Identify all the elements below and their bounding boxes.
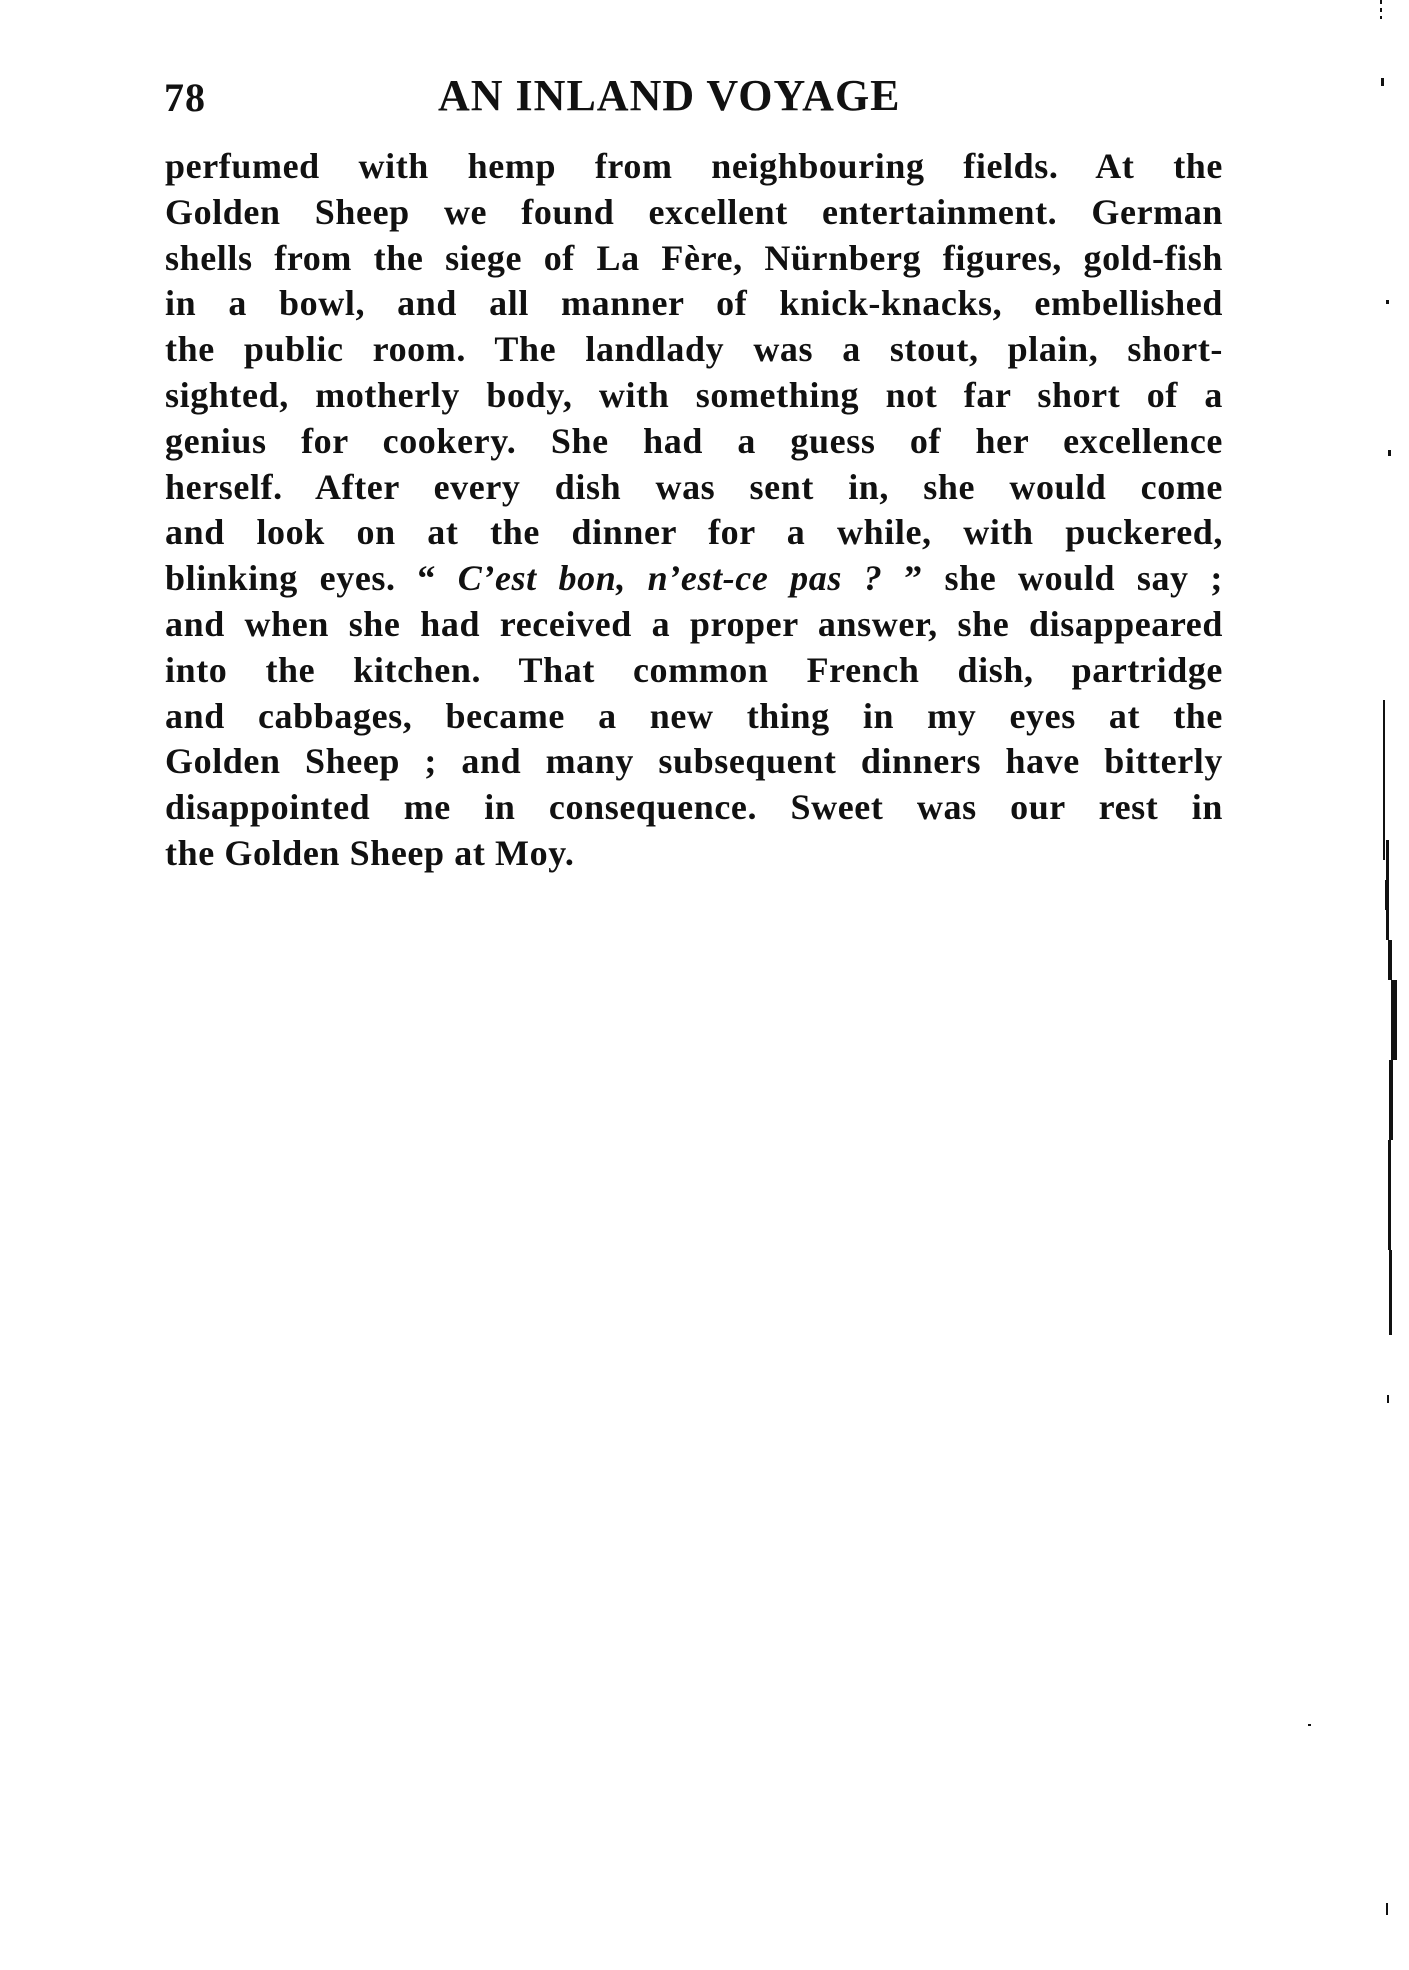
text-line-with-quote: blinking eyes. “ C’est bon, n’est-ce pas…	[165, 556, 1223, 602]
text-fragment: ” she would say ;	[882, 558, 1223, 598]
text-line: and cabbages, became a new thing in my e…	[165, 694, 1223, 740]
text-fragment: blinking eyes. “	[165, 558, 458, 598]
page-number: 78	[164, 74, 206, 121]
text-line: Golden Sheep ; and many subsequent dinne…	[165, 739, 1223, 785]
text-line: into the kitchen. That common French dis…	[165, 648, 1223, 694]
text-line: the public room. The landlady was a stou…	[165, 327, 1223, 373]
text-line: genius for cookery. She had a guess of h…	[165, 419, 1223, 465]
text-line: disappointed me in consequence. Sweet wa…	[165, 785, 1223, 831]
text-line: Golden Sheep we found excellent entertai…	[165, 190, 1223, 236]
running-head: AN INLAND VOYAGE	[438, 70, 880, 121]
text-line: in a bowl, and all manner of knick-knack…	[165, 281, 1223, 327]
body-paragraph: perfumed with hemp from neighbouring fie…	[165, 144, 1223, 877]
book-page: 78 AN INLAND VOYAGE perfumed with hemp f…	[0, 0, 1409, 1970]
text-line: and look on at the dinner for a while, w…	[165, 510, 1223, 556]
text-line: perfumed with hemp from neighbouring fie…	[165, 144, 1223, 190]
text-line: shells from the siege of La Fère, Nürnbe…	[165, 236, 1223, 282]
text-line: herself. After every dish was sent in, s…	[165, 465, 1223, 511]
text-line: the Golden Sheep at Moy.	[165, 831, 1223, 877]
french-quote: C’est bon, n’est-ce pas ?	[458, 558, 883, 598]
text-line: and when she had received a proper answe…	[165, 602, 1223, 648]
text-line: sighted, motherly body, with something n…	[165, 373, 1223, 419]
